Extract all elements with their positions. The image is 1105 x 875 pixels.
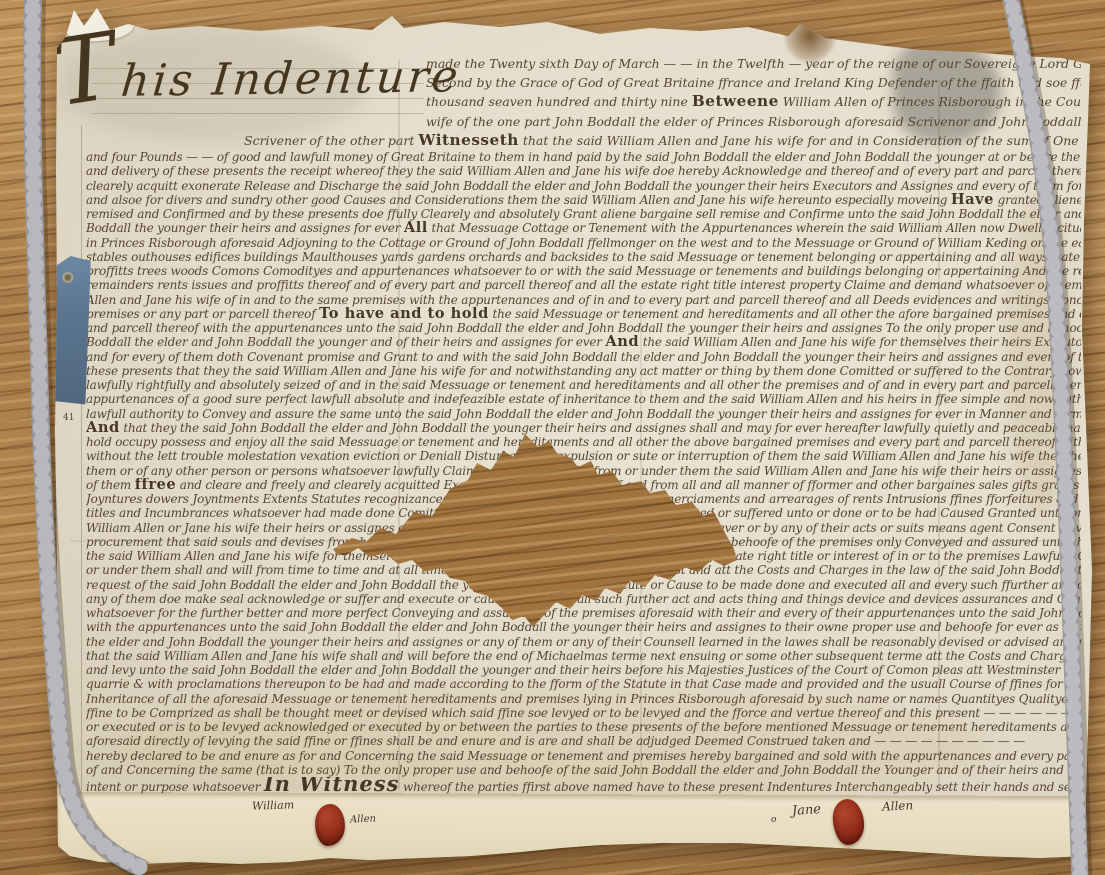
deed-intro-block: made the Twenty sixth Day of March — — i… — [86, 54, 1081, 150]
manuscript-line: quarrie & with proclamations thereupon t… — [86, 677, 1081, 691]
manuscript-line: that the said William Allen and Jane his… — [86, 649, 1081, 663]
manuscript-line: remised and Confirmed and by these prese… — [86, 207, 1081, 221]
manuscript-line: stables outhouses edifices buildings Mau… — [86, 250, 1081, 264]
manuscript-line: clearely acquitt exonerate Release and D… — [86, 179, 1081, 193]
manuscript-line: lawfull authority to Convey and assure t… — [86, 407, 1081, 421]
manuscript-line: without the lett trouble molestation vex… — [86, 449, 1081, 463]
signature-allen-right: Allen — [882, 798, 914, 814]
manuscript-line: and alsoe for divers and sundry other go… — [86, 193, 1081, 207]
ruled-margin-line — [81, 125, 82, 791]
manuscript-line: whatsoever for the further better and mo… — [86, 606, 1081, 620]
manuscript-line: Second by the Grace of God of Great Brit… — [86, 73, 1081, 92]
manuscript-line: proffitts trees woods Comons Comodityes … — [86, 264, 1081, 278]
manuscript-line: thousand seaven hundred and thirty nine … — [86, 92, 1081, 111]
manuscript-line: and for every of them doth Covenant prom… — [86, 350, 1081, 364]
signature-william: William — [252, 798, 295, 812]
manuscript-line: in Princes Risborough aforesaid Adjoynin… — [86, 236, 1081, 250]
signature-allen-left: Allen — [350, 814, 376, 826]
blue-cloth-tab — [45, 255, 91, 404]
manuscript-line: intent or purpose whatsoever In Witness … — [86, 777, 1081, 794]
manuscript-line: Boddall the younger their heirs and assi… — [86, 221, 1081, 235]
manuscript-line: hold occupy possess and enjoy all the sa… — [86, 435, 1081, 449]
manuscript-line: Boddall the elder and John Boddall the y… — [86, 335, 1081, 349]
manuscript-line: these presents that they the said Willia… — [86, 364, 1081, 378]
manuscript-line: made the Twenty sixth Day of March — — i… — [86, 54, 1081, 73]
signature-jane: Jane — [792, 802, 822, 819]
manuscript-line: or executed or is to be levyed acknowled… — [86, 720, 1081, 734]
archive-number: 41 — [63, 413, 74, 423]
grommet — [62, 272, 73, 283]
manuscript-line: ffine to be Comprized as shall be though… — [86, 706, 1081, 720]
manuscript-line: appurtenances of a good sure perfect law… — [86, 392, 1081, 406]
parchment-shadow-wrap: T his Indenture made the Twenty sixth Da… — [0, 0, 1105, 875]
manuscript-line: and delivery of these presents the recei… — [86, 164, 1081, 178]
witness-mark: o — [771, 815, 776, 825]
manuscript-line: lawfully rightfully and absolutely seize… — [86, 378, 1081, 392]
manuscript-line: Allen and Jane his wife of in and to the… — [86, 293, 1081, 307]
manuscript-line: And that they the said John Boddall the … — [86, 421, 1081, 435]
manuscript-line: Inheritance of all the aforesaid Messuag… — [86, 692, 1081, 706]
parchment-deed: T his Indenture made the Twenty sixth Da… — [0, 0, 1105, 875]
manuscript-line: the elder and John Boddall the younger t… — [86, 635, 1081, 649]
manuscript-line: wife of the one part John Boddall the el… — [86, 112, 1081, 131]
photo-scene: T his Indenture made the Twenty sixth Da… — [0, 0, 1105, 875]
manuscript-line: hereby declared to be and enure as for a… — [86, 749, 1081, 763]
manuscript-line: aforesaid directly of levying the said f… — [86, 734, 1081, 748]
manuscript-line: of and Concerning the same (that is to s… — [86, 763, 1081, 777]
parchment-fold-plica — [57, 792, 1091, 867]
manuscript-line: remainders rents issues and proffitts th… — [86, 278, 1081, 292]
manuscript-line: premises or any part or parcell thereof … — [86, 307, 1081, 321]
manuscript-line: Scrivener of the other part Witnesseth t… — [86, 131, 1081, 150]
manuscript-line: and four Pounds — — of good and lawfull … — [86, 150, 1081, 164]
manuscript-line: and levy unto the said John Boddall the … — [86, 663, 1081, 677]
manuscript-line: with the appurtenances unto the said Joh… — [86, 620, 1081, 634]
manuscript-line: and parcell thereof with the appurtenanc… — [86, 321, 1081, 335]
